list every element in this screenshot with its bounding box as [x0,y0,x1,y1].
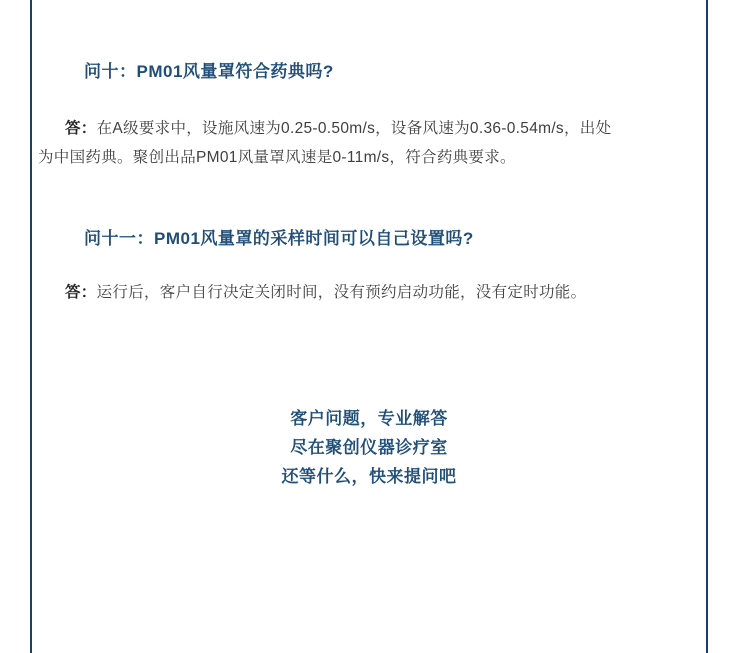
answer-10-paragraph: 答：在A级要求中，设施风速为0.25-0.50m/s，设备风速为0.36-0.5… [38,114,700,172]
answer-10-prefix: 答： [65,120,97,137]
answer-11-prefix: 答： [65,284,97,301]
answer-10-text-line2: 为中国药典。聚创出品PM01风量罩风速是0-11m/s，符合药典要求。 [38,143,700,172]
footer-slogan-line2: 尽在聚创仪器诊疗室 [31,433,707,462]
answer-10-text-line1: 在A级要求中，设施风速为0.25-0.50m/s，设备风速为0.36-0.54m… [97,120,612,137]
answer-11-paragraph: 答：运行后，客户自行决定关闭时间，没有预约启动功能，没有定时功能。 [38,278,700,307]
left-border-line [30,0,32,653]
article-page: 问十：PM01风量罩符合药典吗? 答：在A级要求中，设施风速为0.25-0.50… [0,0,732,653]
question-10-heading: 问十：PM01风量罩符合药典吗? [84,62,334,82]
footer-slogan-line1: 客户问题，专业解答 [31,404,707,433]
footer-slogan-line3: 还等什么，快来提问吧 [31,462,707,491]
answer-11-text-line1: 运行后，客户自行决定关闭时间，没有预约启动功能，没有定时功能。 [97,284,587,301]
right-border-line [706,0,708,653]
question-11-heading: 问十一：PM01风量罩的采样时间可以自己设置吗? [84,229,474,249]
footer-slogan: 客户问题，专业解答 尽在聚创仪器诊疗室 还等什么，快来提问吧 [31,404,707,491]
